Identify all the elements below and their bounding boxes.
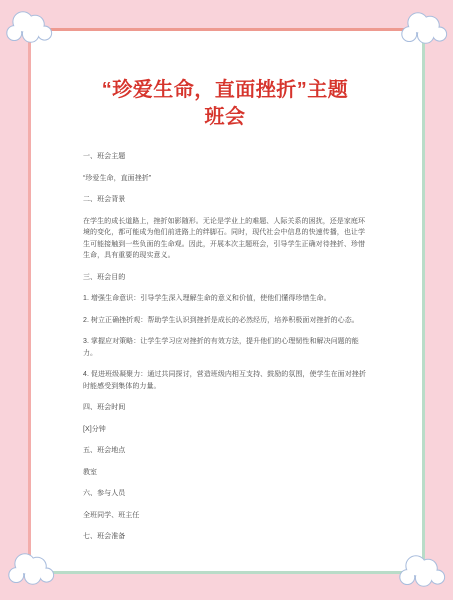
document-content: “珍爱生命，直面挫折”主题 班会 一、班会主题“珍爱生命，直面挫折”二、班会背景… [31, 31, 422, 571]
paragraph-text: 2. 树立正确挫折观：帮助学生认识到挫折是成长的必然经历，培养积极面对挫折的心态… [83, 315, 369, 327]
paragraph-text: 1. 增强生命意识：引导学生深入理解生命的意义和价值，使他们懂得珍惜生命。 [83, 293, 369, 305]
section-heading: 二、班会背景 [83, 194, 369, 206]
page-title-line1: “珍爱生命，直面挫折”主题 [83, 77, 367, 104]
section-heading: 三、班会目的 [83, 272, 369, 284]
page-title-line2: 班会 [83, 104, 367, 131]
paragraph-text: 在学生的成长道路上，挫折如影随形。无论是学业上的难题、人际关系的困扰，还是家庭环… [83, 216, 369, 262]
paragraph-text: “珍爱生命，直面挫折” [83, 173, 369, 185]
paragraph-text: 3. 掌握应对策略：让学生学习应对挫折的有效方法，提升他们的心理韧性和解决问题的… [83, 336, 369, 359]
section-heading: 一、班会主题 [83, 151, 369, 163]
paragraph-text: 全班同学、班主任 [83, 510, 369, 522]
section-heading: 七、班会准备 [83, 531, 369, 543]
page-title: “珍爱生命，直面挫折”主题 班会 [83, 77, 367, 131]
document-body: 一、班会主题“珍爱生命，直面挫折”二、班会背景在学生的成长道路上，挫折如影随形。… [83, 151, 369, 543]
section-heading: 四、班会时间 [83, 402, 369, 414]
section-heading: 五、班会地点 [83, 445, 369, 457]
paragraph-text: 4. 促进班级凝聚力：通过共同探讨，营造班级内相互支持、鼓励的氛围，使学生在面对… [83, 369, 369, 392]
paragraph-text: 教室 [83, 467, 369, 479]
paragraph-text: [X]分钟 [83, 424, 369, 436]
section-heading: 六、参与人员 [83, 488, 369, 500]
page-background: { "page": { "background_color": "#f9d3da… [0, 0, 453, 600]
